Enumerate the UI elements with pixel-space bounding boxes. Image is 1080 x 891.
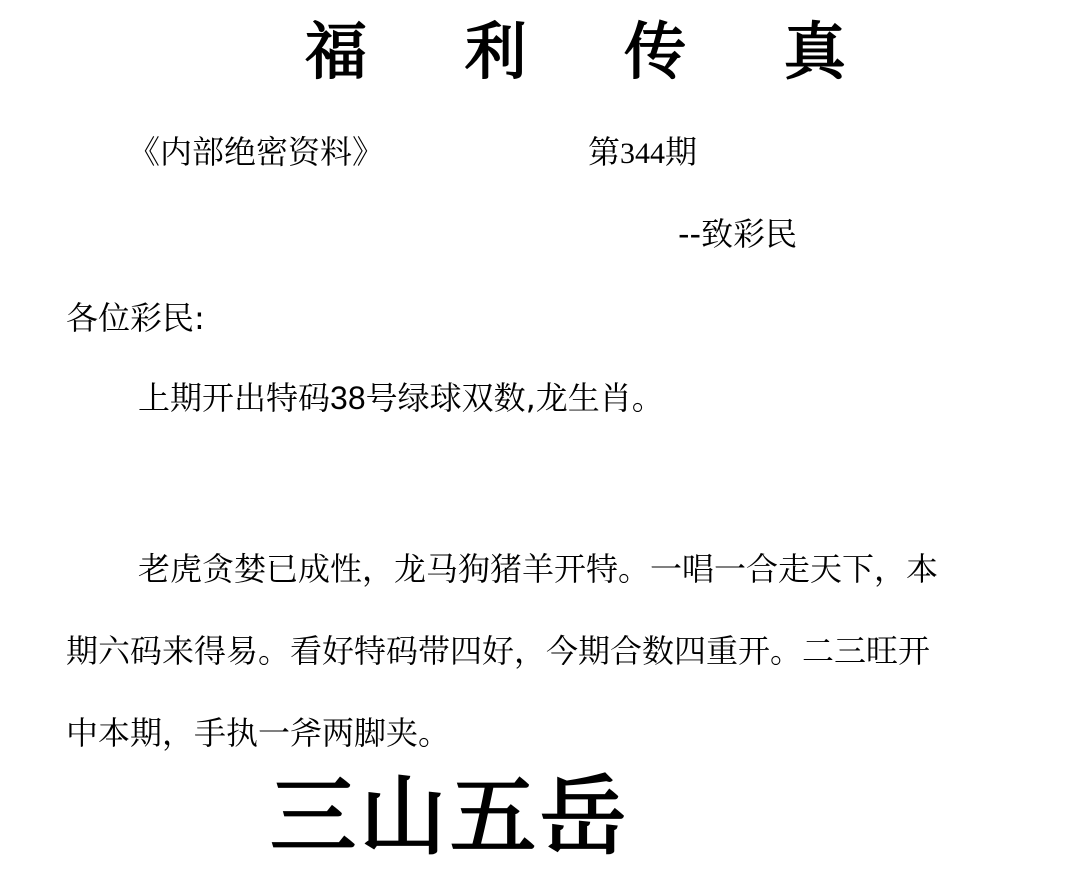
- poem-line: 期六码来得易。看好特码带四好，今期合数四重开。二三旺开: [66, 610, 1046, 692]
- last-draw-prefix: 上期开出特码: [138, 379, 330, 417]
- greeting: 各位彩民:: [66, 296, 205, 340]
- document-subtitle: 《内部绝密资料》: [128, 130, 384, 174]
- last-draw-suffix: 号绿球双数,龙生肖。: [366, 379, 664, 417]
- last-draw-result: 上期开出特码38号绿球双数,龙生肖。: [138, 376, 664, 420]
- last-draw-number: 38: [330, 380, 366, 416]
- issue-suffix: 期: [665, 133, 697, 171]
- page-title: 福 利 传 真: [305, 12, 884, 92]
- issue-number-value: 344: [620, 137, 665, 170]
- footer-slogan: 三山五岳: [270, 762, 630, 872]
- poem-paragraph: 老虎贪婪已成性，龙马狗猪羊开特。一唱一合走天下，本 期六码来得易。看好特码带四好…: [66, 528, 1046, 774]
- issue-number: 第344期: [588, 130, 697, 176]
- issue-prefix: 第: [588, 133, 620, 171]
- poem-line: 老虎贪婪已成性，龙马狗猪羊开特。一唱一合走天下，本: [66, 528, 1046, 610]
- addressee: --致彩民: [678, 212, 797, 256]
